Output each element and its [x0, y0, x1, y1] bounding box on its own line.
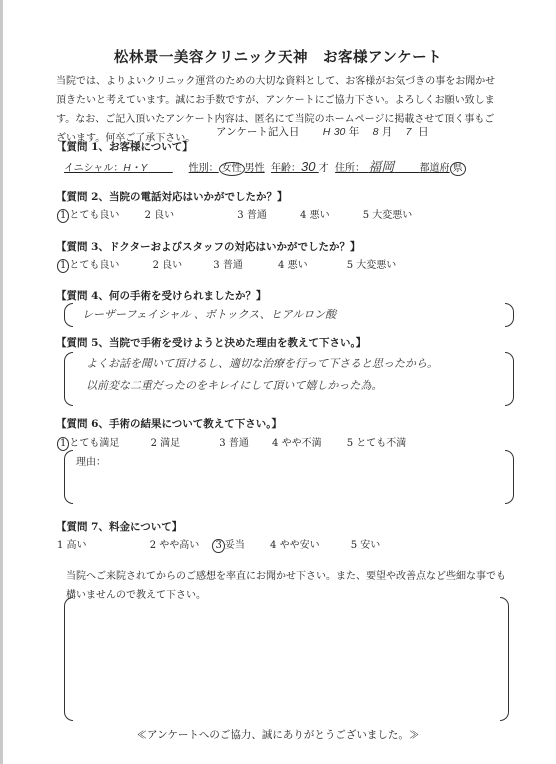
q4-bracket-right — [505, 303, 514, 327]
q3-option-3[interactable]: 3 普通 — [213, 260, 243, 271]
q2-option-3[interactable]: 3 普通 — [237, 210, 267, 221]
date-month[interactable]: 8 — [373, 126, 379, 138]
q6-bracket-right — [505, 450, 514, 504]
footer-thanks: ≪アンケートへのご協力、誠にありがとうございました。≫ — [0, 727, 556, 742]
comments-bracket-right — [500, 597, 509, 721]
gender-field[interactable]: 性別：女性男性 — [189, 163, 265, 174]
q6-heading: 【質問 6、手術の結果について教えて下さい。】 — [56, 416, 282, 431]
page-title: 松林景一美容クリニック天神 お客様アンケート — [0, 46, 556, 67]
q7-heading: 【質問 7、料金について】 — [56, 519, 182, 534]
q3-option-4[interactable]: 4 悪い — [278, 260, 308, 271]
q6-reason-label: 理由： — [76, 453, 106, 468]
q6-option-5[interactable]: 5 とても不満 — [347, 438, 407, 449]
q7-option-2[interactable]: 2 やや高い — [150, 540, 200, 551]
q6-option-2[interactable]: 2 満足 — [151, 438, 181, 449]
q4-answer[interactable]: レーザーフェイシャル 、ボトックス、ヒアルロン酸 — [82, 306, 336, 322]
address-field[interactable]: 住所： 福岡 都道府県 — [335, 163, 466, 174]
q6-option-4[interactable]: 4 やや不満 — [272, 438, 322, 449]
q2-option-5[interactable]: 5 大変悪い — [363, 210, 413, 221]
q7-option-3[interactable]: 3妥当 — [212, 540, 244, 551]
q6-option-1[interactable]: 1とても満足 — [57, 438, 119, 449]
q3-option-1[interactable]: 1とても良い — [57, 260, 119, 271]
q6-option-3[interactable]: 3 普通 — [219, 438, 249, 449]
q7-option-4[interactable]: 4 やや安い — [270, 540, 320, 551]
q3-options: 1とても良い 2 良い 3 普通 4 悪い 5 大変悪い — [57, 256, 396, 273]
date-year[interactable]: 30 — [334, 126, 346, 138]
q1-heading: 【質問 1、お客様について】 — [56, 139, 193, 154]
q7-option-5[interactable]: 5 安い — [351, 540, 381, 551]
q2-heading: 【質問 2、当院の電話対応はいかがでしたか？】 — [56, 189, 287, 204]
comments-bracket-left — [64, 597, 73, 721]
scan-edge — [0, 0, 3, 764]
q5-answer-line2[interactable]: 以前変な二重だったのをキレイにして頂いて嬉しかった為。 — [86, 377, 382, 393]
date-era[interactable]: H — [323, 126, 331, 138]
q3-option-2[interactable]: 2 良い — [153, 260, 183, 271]
age-field[interactable]: 年齢：30 — [271, 163, 319, 174]
date-day[interactable]: 7 — [406, 126, 412, 138]
q2-option-2[interactable]: 2 良い — [145, 210, 175, 221]
q7-options: 1 高い 2 やや高い 3妥当 4 やや安い 5 安い — [57, 536, 380, 553]
q6-options: 1とても満足 2 満足 3 普通 4 やや不満 5 とても不満 — [57, 434, 406, 451]
q3-heading: 【質問 3、ドクターおよびスタッフの対応はいかがでしたか？】 — [56, 239, 361, 254]
q4-heading: 【質問 4、何の手術を受けられましたか？】 — [56, 288, 266, 303]
comments-area[interactable] — [76, 600, 496, 716]
q3-option-5[interactable]: 5 大変悪い — [347, 260, 397, 271]
q1-fields: イニシャル：H・Y 性別：女性男性 年齢：30 才 住所： 福岡 都道府県 — [64, 156, 466, 176]
q2-option-4[interactable]: 4 悪い — [300, 210, 330, 221]
q5-bracket-left — [64, 352, 73, 406]
q5-heading: 【質問 5、当院で手術を受けようと決めた理由を教えて下さい。】 — [56, 335, 366, 350]
q5-bracket-right — [505, 352, 514, 406]
q2-option-1[interactable]: 1とても良い — [57, 210, 119, 221]
q6-bracket-left — [64, 450, 73, 504]
q2-options: 1とても良い 2 良い 3 普通 4 悪い 5 大変悪い — [57, 206, 412, 223]
survey-date: アンケート記入日 H 30 年 8 月 7 日 — [216, 124, 429, 139]
q4-bracket-left — [64, 303, 73, 327]
initial-field[interactable]: イニシャル：H・Y — [64, 163, 173, 174]
q7-option-1[interactable]: 1 高い — [57, 540, 87, 551]
q5-answer-line1[interactable]: よくお話を聞いて頂けるし、適切な治療を行って下さると思ったから。 — [86, 355, 438, 371]
